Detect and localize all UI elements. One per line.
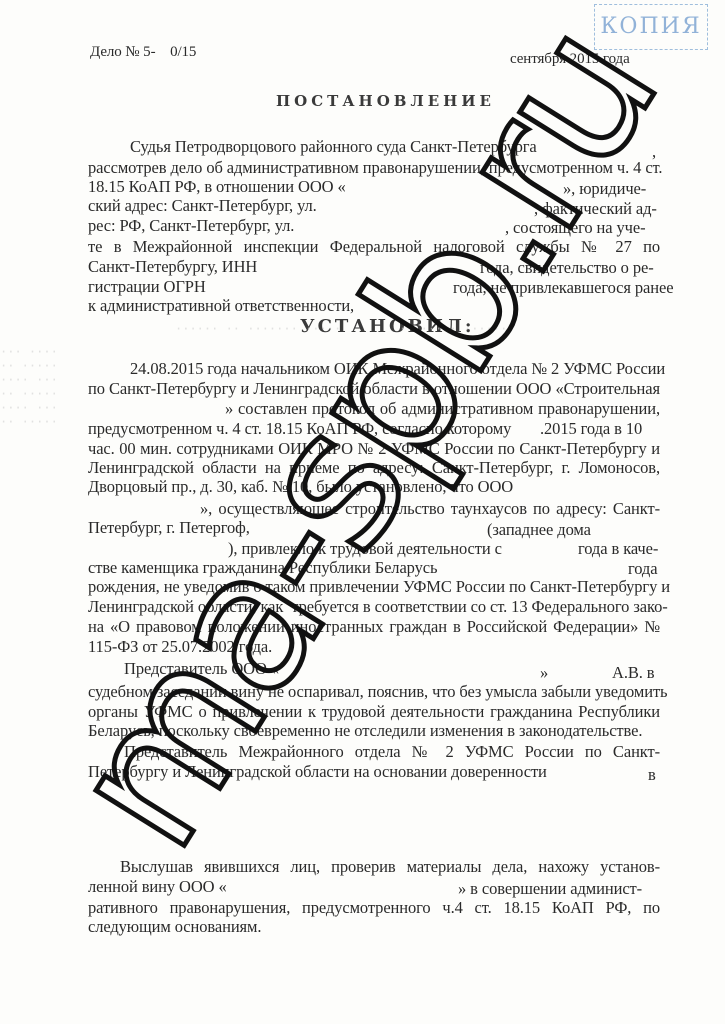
body-line: органы УФМС о привлечении к трудовой дея… [88,703,660,721]
body-line: Представитель Межрайонного отдела № 2 УФ… [124,743,660,761]
body-line: .2015 года в 10 [540,420,642,438]
scan-artifact: ··· ···· ·· ····· ···· ··· ·· ····· ····… [0,345,58,429]
copy-stamp: КОПИЯ [594,4,708,50]
intro-line: Санкт-Петербургу, ИНН [88,258,257,276]
body-line: Представитель ООО « [124,660,279,678]
body-line: Ленинградской области на приеме по адрес… [88,459,660,477]
body-line: на «О правовом положении иностранных гра… [88,618,660,636]
body-line: А.В. в [612,664,655,682]
body-line: года в каче- [578,540,658,558]
intro-line: гистрации ОГРН [88,278,206,296]
case-number: Дело № 5- 0/15 [90,43,196,61]
body-line: » [540,664,548,682]
intro-line: 18.15 КоАП РФ, в отношении ООО « [88,178,346,196]
body-line: по Санкт-Петербургу и Ленинградской обла… [88,380,660,398]
body-line: ленной вину ООО « [88,878,227,896]
document-date: сентября 2015 года [510,50,630,68]
body-line: час. 00 мин. сотрудниками ОИК МРО № 2 УФ… [88,440,660,458]
body-line: Петербург, г. Петергоф, [88,519,250,537]
body-line: стве каменщика гражданина Республики Бел… [88,559,437,577]
intro-line: рассмотрев дело об административном прав… [88,159,660,177]
body-line: (западнее дома [487,521,591,539]
intro-line: года, свидетельство о ре- [480,259,654,277]
body-line: предусмотренном ч. 4 ст. 18.15 КоАП РФ, … [88,420,511,438]
document-title: ПОСТАНОВЛЕНИЕ [276,92,495,110]
body-line: рождения, не уведомив о таком привлечени… [88,578,660,596]
body-line: Выслушав явившихся лиц, проверив материа… [120,858,660,876]
body-line: ративного правонарушения, предусмотренно… [88,899,660,917]
body-line: в [648,766,656,784]
body-line: ), привлекло к трудовой деятельности с [228,540,502,558]
body-line: Ленинградской области, как требуется в с… [88,598,660,616]
intro-line: те в Межрайонной инспекции Федеральной н… [88,238,660,256]
intro-line: ский адрес: Санкт-Петербург, ул. [88,197,317,215]
intro-line: », юридиче- [563,180,646,198]
intro-line: рес: РФ, Санкт-Петербург, ул. [88,217,294,235]
body-line: следующим основаниям. [88,918,261,936]
body-line: 115-ФЗ от 25.07.2002 года. [88,638,272,656]
body-line: Петербургу и Ленинградской области на ос… [88,763,547,781]
body-line: Дворцовый пр., д. 30, каб. № 10, было ус… [88,478,513,496]
body-line: Беларусь, поскольку своевременно не отсл… [88,722,642,740]
body-line: судебном заседании вину не оспаривал, по… [88,683,660,701]
body-line: », осуществляющее строительство таунхаус… [200,500,660,518]
body-line: » составлен протокол об административном… [225,400,660,418]
body-line: года [628,560,657,578]
intro-line: , состоящего на уче- [505,219,645,237]
scan-artifact: ······ ·· ······· ····· ········ ······ [175,322,507,336]
body-line: 24.08.2015 года начальником ОИК Межрайон… [130,360,660,378]
document-page: КОПИЯ Дело № 5- 0/15 сентября 2015 года … [0,0,725,1024]
intro-line: Судья Петродворцового районного суда Сан… [130,138,537,156]
body-line: » в совершении админист- [458,880,642,898]
intro-line: , фактический ад- [534,200,657,218]
intro-line: к административной ответственности, [88,297,354,315]
intro-line: года, не привлекавшегося ранее [453,279,673,297]
